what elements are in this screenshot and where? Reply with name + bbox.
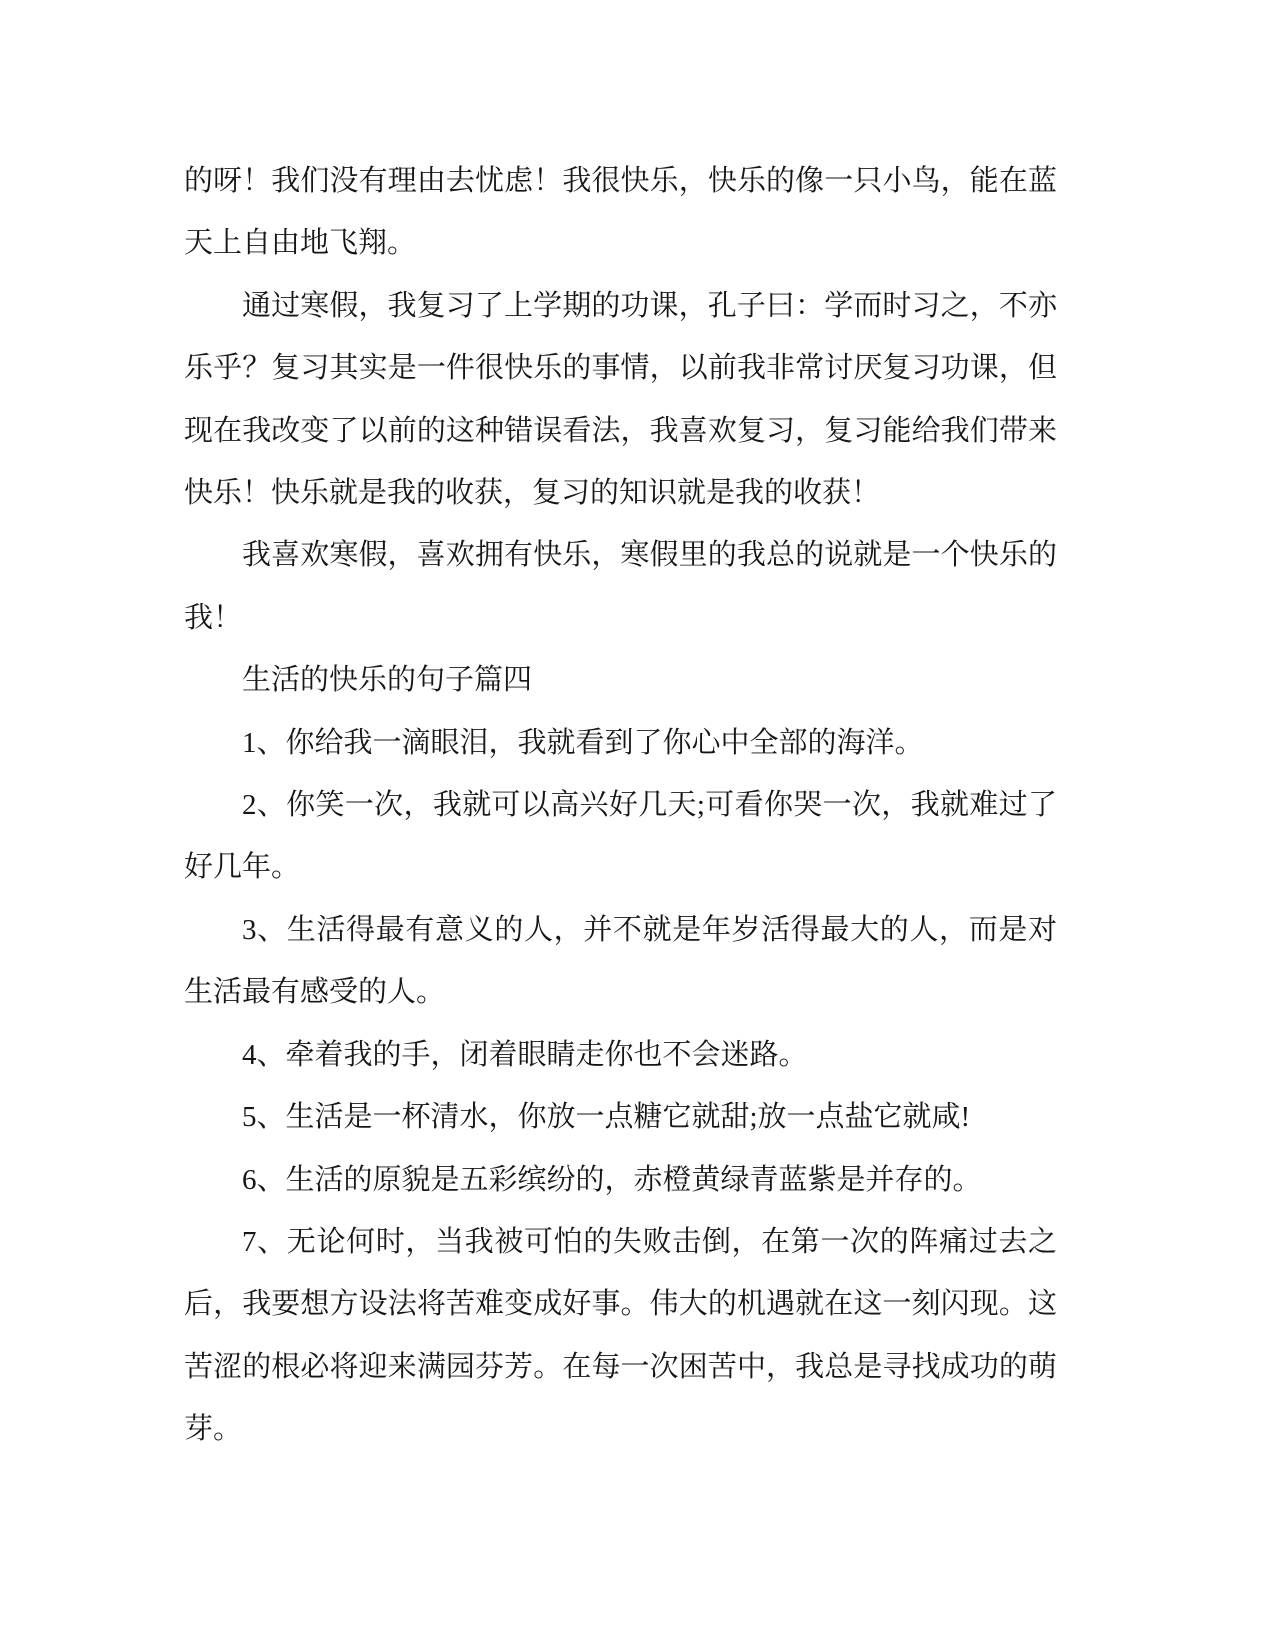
paragraph: 1、你给我一滴眼泪，我就看到了你心中全部的海洋。: [184, 712, 1057, 774]
paragraph: 的呀！我们没有理由去忧虑！我很快乐，快乐的像一只小鸟，能在蓝天上自由地飞翔。: [184, 150, 1057, 275]
paragraph: 我喜欢寒假，喜欢拥有快乐，寒假里的我总的说就是一个快乐的我！: [184, 524, 1057, 649]
paragraph: 4、牵着我的手，闭着眼睛走你也不会迷路。: [184, 1024, 1057, 1086]
paragraph: 6、生活的原貌是五彩缤纷的，赤橙黄绿青蓝紫是并存的。: [184, 1149, 1057, 1211]
paragraph: 7、无论何时，当我被可怕的失败击倒，在第一次的阵痛过去之后，我要想方设法将苦难变…: [184, 1211, 1057, 1461]
document-page: 的呀！我们没有理由去忧虑！我很快乐，快乐的像一只小鸟，能在蓝天上自由地飞翔。通过…: [0, 0, 1275, 1650]
paragraph: 2、你笑一次，我就可以高兴好几天;可看你哭一次，我就难过了好几年。: [184, 774, 1057, 899]
paragraph: 3、生活得最有意义的人，并不就是年岁活得最大的人，而是对生活最有感受的人。: [184, 899, 1057, 1024]
document-body: 的呀！我们没有理由去忧虑！我很快乐，快乐的像一只小鸟，能在蓝天上自由地飞翔。通过…: [184, 150, 1057, 1461]
paragraph: 通过寒假，我复习了上学期的功课，孔子曰：学而时习之，不亦乐乎？复习其实是一件很快…: [184, 275, 1057, 525]
paragraph: 生活的快乐的句子篇四: [184, 649, 1057, 711]
paragraph: 5、生活是一杯清水，你放一点糖它就甜;放一点盐它就咸!: [184, 1086, 1057, 1148]
